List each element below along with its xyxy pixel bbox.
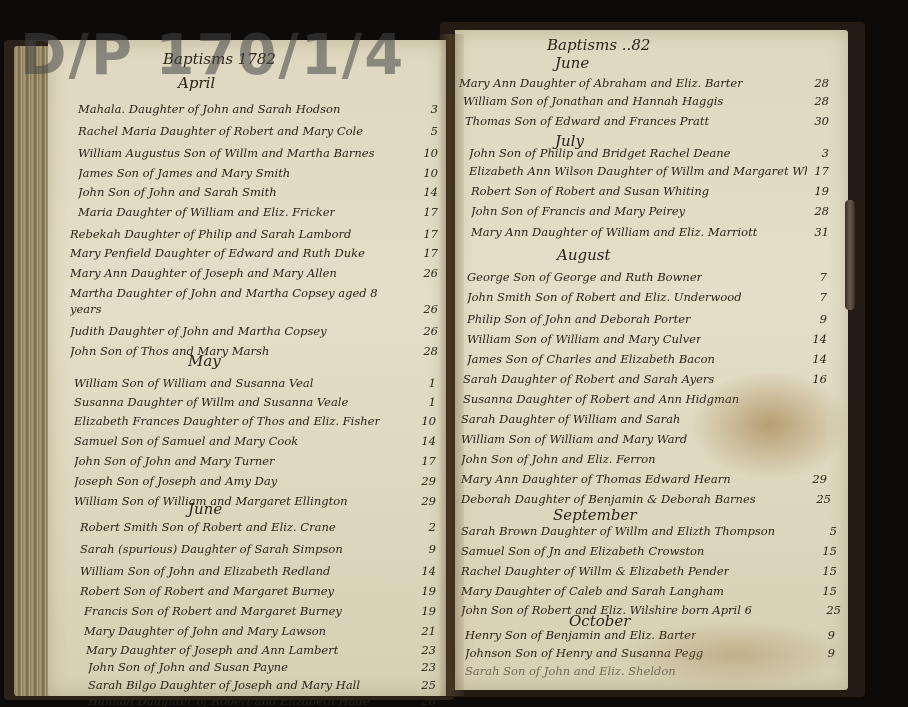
register-entry: John Son of John and Mary Turner17 (74, 454, 436, 468)
register-entry: William Son of William and Margaret Elli… (74, 494, 436, 508)
register-entry: Maria Daughter of William and Eliz. Fric… (78, 205, 438, 219)
register-entry: Mary Ann Daughter of William and Eliz. M… (471, 225, 829, 239)
register-entry: John Son of Thos and Mary Marsh28 (70, 344, 438, 358)
book-gutter (438, 34, 464, 696)
register-entry: James Son of James and Mary Smith10 (78, 166, 438, 180)
register-entry: Robert Son of Robert and Susan Whiting19 (471, 184, 829, 198)
register-entry: Judith Daughter of John and Martha Copse… (70, 324, 438, 338)
register-entry: Joseph Son of Joseph and Amy Day29 (74, 474, 436, 488)
register-entry: Elizabeth Frances Daughter of Thos and E… (74, 414, 436, 428)
register-entry: John Son of Robert and Eliz. Wilshire bo… (461, 603, 841, 617)
register-entry: Philip Son of John and Deborah Porter9 (467, 312, 827, 326)
register-entry: John Son of Francis and Mary Peirey28 (471, 204, 829, 218)
register-entry: Thomas Son of Edward and Frances Pratt30 (465, 114, 829, 128)
open-register-book: Baptisms 1782 April Mahala. Daughter of … (0, 0, 908, 707)
register-entry: Robert Smith Son of Robert and Eliz. Cra… (80, 520, 436, 534)
register-entry: John Son of Philip and Bridget Rachel De… (469, 146, 829, 160)
right-page-heading: Baptisms ..82 (547, 36, 650, 54)
register-entry: William Son of William and Mary Culver14 (467, 332, 827, 346)
register-entry: Mary Daughter of Joseph and Ann Lambert2… (86, 643, 436, 657)
register-entry: William Augustus Son of Willm and Martha… (78, 146, 438, 160)
register-entry: Mary Ann Daughter of Joseph and Mary All… (70, 266, 438, 280)
register-entry: Mary Penfield Daughter of Edward and Rut… (70, 246, 438, 260)
register-entry: Rachel Daughter of Willm & Elizabeth Pen… (461, 564, 837, 578)
register-entry: Mary Daughter of Caleb and Sarah Langham… (461, 584, 837, 598)
book-clasp (845, 200, 855, 310)
register-entry: Rachel Maria Daughter of Robert and Mary… (78, 124, 438, 138)
month-heading-august: August (557, 246, 610, 264)
register-entry: Francis Son of Robert and Margaret Burne… (84, 604, 436, 618)
register-entry: John Smith Son of Robert and Eliz. Under… (467, 290, 827, 304)
register-entry: John Son of John and Sarah Smith14 (78, 185, 438, 199)
register-entry: Samuel Son of Samuel and Mary Cook14 (74, 434, 436, 448)
register-entry: James Son of Charles and Elizabeth Bacon… (467, 352, 827, 366)
register-entry: Sarah Bilgo Daughter of Joseph and Mary … (88, 678, 436, 692)
month-heading-may: May (188, 352, 221, 370)
register-entry: Susanna Daughter of Willm and Susanna Ve… (74, 395, 436, 409)
water-stain (620, 620, 850, 690)
archive-reference-watermark: D/P 170/1/4 (20, 28, 405, 84)
register-entry: Samuel Son of Jn and Elizabeth Crowston1… (461, 544, 837, 558)
register-entry: John Son of John and Susan Payne23 (88, 660, 436, 674)
register-entry: Elizabeth Ann Wilson Daughter of Willm a… (469, 164, 829, 178)
month-heading-june: June (188, 500, 222, 518)
register-entry: William Son of John and Elizabeth Redlan… (80, 564, 436, 578)
left-page: Baptisms 1782 April Mahala. Daughter of … (48, 40, 446, 696)
register-entry: Mahala. Daughter of John and Sarah Hodso… (78, 102, 438, 116)
water-stain (690, 370, 850, 480)
register-entry: years26 (70, 302, 438, 316)
register-entry: Mary Ann Daughter of Abraham and Eliz. B… (459, 76, 829, 90)
register-entry: Hannah Daughter of Robert and Elizabeth … (88, 694, 436, 707)
month-heading-september: September (553, 506, 637, 524)
month-heading-june: June (555, 54, 589, 72)
register-entry: George Son of George and Ruth Bowner7 (467, 270, 827, 284)
register-entry: Robert Son of Robert and Margaret Burney… (80, 584, 436, 598)
register-entry: Martha Daughter of John and Martha Copse… (70, 286, 438, 300)
register-entry: Rebekah Daughter of Philip and Sarah Lam… (70, 227, 438, 241)
register-entry: Deborah Daughter of Benjamin & Deborah B… (461, 492, 831, 506)
register-entry: William Son of Jonathan and Hannah Haggi… (463, 94, 829, 108)
register-entry: Sarah Brown Daughter of Willm and Elizth… (461, 524, 837, 538)
register-entry: Mary Daughter of John and Mary Lawson21 (84, 624, 436, 638)
register-entry: William Son of William and Susanna Veal1 (74, 376, 436, 390)
register-entry: Sarah (spurious) Daughter of Sarah Simps… (80, 542, 436, 556)
right-page: Baptisms ..82 June Mary Ann Daughter of … (455, 30, 848, 690)
